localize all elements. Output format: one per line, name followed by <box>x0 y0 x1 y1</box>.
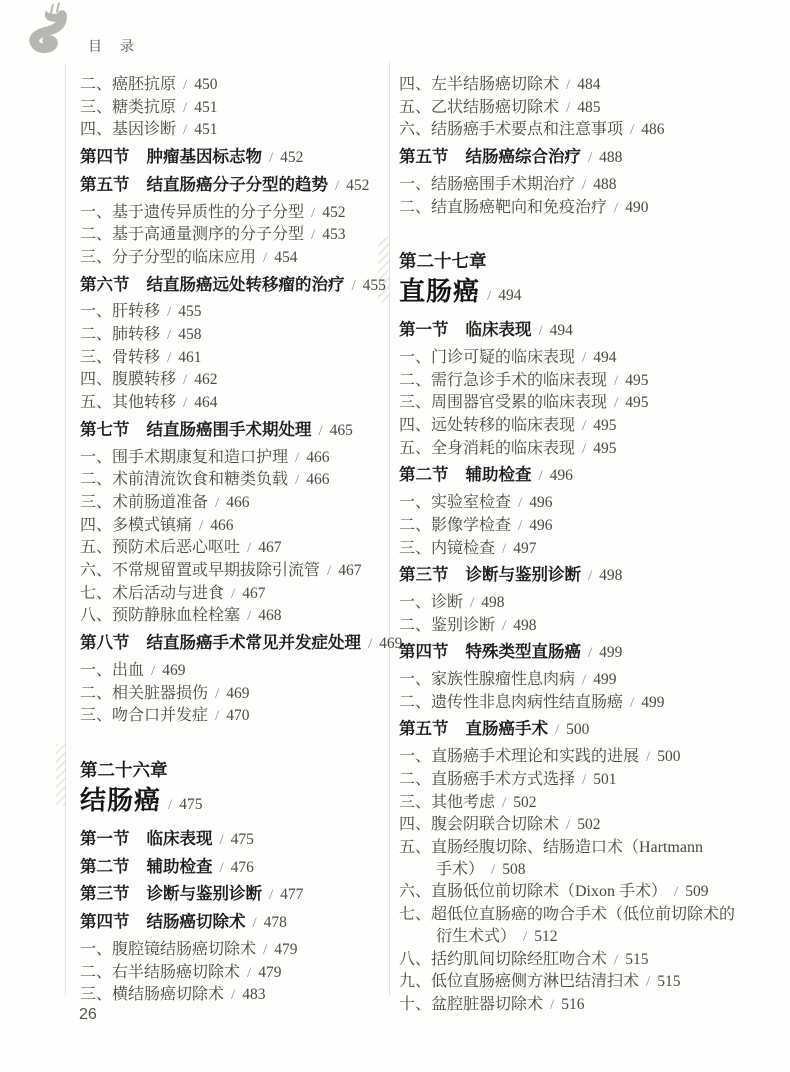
section-label: 第四节 <box>80 913 130 931</box>
toc-entry-page: 508 <box>502 861 525 878</box>
toc-entry-text: 六、不常规留置或早期拔除引流管 <box>80 562 320 579</box>
toc-entry-text: 三、周围器官受累的临床表现 <box>399 394 607 411</box>
toc-item-line: 七、超低位直肠癌的吻合手术（低位前切除术的 <box>399 904 775 926</box>
separator-slash: / <box>539 468 543 484</box>
toc-item: 二、癌胚抗原/450 <box>80 74 386 97</box>
toc-entry-page: 452 <box>322 204 345 221</box>
toc-entry-page: 461 <box>178 349 201 366</box>
separator-slash: / <box>215 708 219 724</box>
toc-item-line: 三、内镜检查/497 <box>399 538 775 561</box>
toc-entry-page: 488 <box>593 176 616 193</box>
section-label: 第一节 <box>399 321 449 339</box>
section-title: 直肠癌手术 <box>466 720 549 738</box>
toc-entry-text: 二、术前清流饮食和糖类负载 <box>80 471 288 488</box>
toc-item-line: 一、出血/469 <box>80 660 386 683</box>
toc-chapter-heading: 第二十六章 结肠癌/475 <box>80 758 386 823</box>
toc-item: 一、实验室检查/496 <box>399 492 775 515</box>
toc-entry-page: 466 <box>306 471 329 488</box>
toc-entry-text: 二、直肠癌手术方式选择 <box>399 771 575 788</box>
toc-entry-text: 四、基因诊断 <box>80 121 176 138</box>
toc-entry-text: 一、门诊可疑的临床表现 <box>399 349 575 366</box>
section-label: 第三节 <box>399 566 449 584</box>
toc-item: 三、内镜检查/497 <box>399 538 775 561</box>
toc-item: 二、遗传性非息肉病性结直肠癌/499 <box>399 692 775 715</box>
toc-item: 二、肺转移/458 <box>80 324 386 347</box>
toc-entry-page: 497 <box>513 540 536 557</box>
toc-item-line: 四、腹膜转移/462 <box>80 369 386 392</box>
toc-item-line: 二、术前清流饮食和糖类负载/466 <box>80 469 386 492</box>
toc-item: 三、骨转移/461 <box>80 347 386 370</box>
toc-item-line: 一、腹腔镜结肠癌切除术/479 <box>80 939 386 962</box>
toc-item: 三、横结肠癌切除术/483 <box>80 984 386 1007</box>
section-label: 第六节 <box>80 276 130 294</box>
toc-item: 七、术后活动与进食/467 <box>80 583 386 606</box>
toc-item-line: 四、远处转移的临床表现/495 <box>399 415 775 438</box>
chapter-title-line: 直肠癌/494 <box>399 274 775 314</box>
toc-item: 四、多模式镇痛/466 <box>80 515 386 538</box>
toc-entry-page: 455 <box>178 303 201 320</box>
toc-entry-text: 五、全身消耗的临床表现 <box>399 440 575 457</box>
toc-entry-text: 二、肺转移 <box>80 326 160 343</box>
separator-slash: / <box>215 495 219 511</box>
toc-entry-text: 二、相关脏器损伤 <box>80 685 208 702</box>
toc-entry-page: 452 <box>280 149 303 166</box>
toc-entry-text: 一、结肠癌围手术期治疗 <box>399 176 575 193</box>
toc-item: 三、周围器官受累的临床表现/495 <box>399 392 775 415</box>
toc-item: 八、括约肌间切除经肛吻合术/515 <box>399 949 775 972</box>
separator-slash: / <box>555 722 559 738</box>
separator-slash: / <box>247 540 251 556</box>
toc-entry-page: 466 <box>306 449 329 466</box>
toc-entry-text: 一、诊断 <box>399 594 463 611</box>
separator-slash: / <box>311 205 315 221</box>
toc-entry-page: 464 <box>194 394 217 411</box>
toc-item: 五、其他转移/464 <box>80 392 386 415</box>
separator-slash: / <box>582 350 586 366</box>
separator-slash: / <box>582 177 586 193</box>
toc-item: 一、门诊可疑的临床表现/494 <box>399 347 775 370</box>
section-label: 第四节 <box>80 148 130 166</box>
separator-slash: / <box>502 541 506 557</box>
separator-slash: / <box>368 636 372 652</box>
toc-item-line: 二、结直肠癌靶向和免疫治疗/490 <box>399 197 775 220</box>
toc-item: 三、吻合口并发症/470 <box>80 705 386 728</box>
toc-item: 四、左半结肠癌切除术/484 <box>399 74 775 97</box>
toc-entry-page: 500 <box>657 748 680 765</box>
toc-entry-text: 六、直肠低位前切除术（Dixon 手术） <box>399 883 667 900</box>
separator-slash: / <box>168 797 172 813</box>
section-title: 临床表现 <box>147 830 213 848</box>
toc-entry-page: 465 <box>330 422 353 439</box>
toc-entry-text: 二、鉴别诊断 <box>399 617 495 634</box>
toc-item-continuation-line: 手术）/508 <box>399 859 775 882</box>
toc-entry-page: 499 <box>593 671 616 688</box>
toc-item-line: 三、横结肠癌切除术/483 <box>80 984 386 1007</box>
toc-entry-text: 二、影像学检查 <box>399 517 511 534</box>
toc-entry-page: 496 <box>529 494 552 511</box>
toc-entry-text: 二、结直肠癌靶向和免疫治疗 <box>399 199 607 216</box>
separator-slash: / <box>614 373 618 389</box>
separator-slash: / <box>518 518 522 534</box>
toc-entry-page: 495 <box>593 440 616 457</box>
toc-entry-text: 九、低位直肠癌侧方淋巴结清扫术 <box>399 973 639 990</box>
toc-entry-text: 三、其他考虑 <box>399 794 495 811</box>
section-title: 临床表现 <box>466 321 532 339</box>
toc-section-heading: 第四节肿瘤基因标志物/452 <box>80 147 386 170</box>
toc-entry-page: 516 <box>561 996 584 1013</box>
toc-entry-text: 二、需行急诊手术的临床表现 <box>399 372 607 389</box>
toc-item-line: 六、结肠癌手术要点和注意事项/486 <box>399 119 775 142</box>
section-label: 第七节 <box>80 421 130 439</box>
toc-section-heading: 第二节辅助检查/496 <box>399 465 775 488</box>
separator-slash: / <box>487 288 491 304</box>
toc-item: 二、直肠癌手术方式选择/501 <box>399 769 775 792</box>
toc-entry-text: 一、直肠癌手术理论和实践的进展 <box>399 748 639 765</box>
toc-item-line: 五、其他转移/464 <box>80 392 386 415</box>
toc-column-right: 四、左半结肠癌切除术/484 五、乙状结肠癌切除术/485 六、结肠癌手术要点和… <box>399 74 775 1017</box>
separator-slash: / <box>674 884 678 900</box>
toc-entry-text: 八、括约肌间切除经肛吻合术 <box>399 951 607 968</box>
toc-item-line: 三、其他考虑/502 <box>399 792 775 815</box>
toc-item-line: 二、直肠癌手术方式选择/501 <box>399 769 775 792</box>
toc-item-line: 二、影像学检查/496 <box>399 515 775 538</box>
toc-entry-page: 453 <box>322 226 345 243</box>
section-title: 肿瘤基因标志物 <box>147 148 263 166</box>
toc-item-line: 一、围手术期康复和造口护理/466 <box>80 447 386 470</box>
toc-entry-page: 496 <box>529 517 552 534</box>
toc-item: 二、术前清流饮食和糖类负载/466 <box>80 469 386 492</box>
toc-item-line: 二、需行急诊手术的临床表现/495 <box>399 370 775 393</box>
separator-slash: / <box>582 418 586 434</box>
toc-entry-text: 六、结肠癌手术要点和注意事项 <box>399 121 623 138</box>
toc-entry-text: 三、内镜检查 <box>399 540 495 557</box>
toc-item: 二、基于高通量测序的分子分型/453 <box>80 224 386 247</box>
toc-entry-page: 466 <box>210 517 233 534</box>
toc-item: 十、盆腔脏器切除术/516 <box>399 994 775 1017</box>
page-fold-line-left <box>65 64 66 995</box>
toc-item: 四、腹会阴联合切除术/502 <box>399 814 775 837</box>
toc-item-line: 五、全身消耗的临床表现/495 <box>399 438 775 461</box>
toc-entry-page: 509 <box>685 883 708 900</box>
toc-entry-page: 500 <box>566 721 589 738</box>
separator-slash: / <box>311 227 315 243</box>
separator-slash: / <box>588 568 592 584</box>
book-toc-page: 目 录 二、癌胚抗原/450 三、糖类抗原/451 四、基因诊断/451 第四节… <box>0 0 790 1072</box>
chapter-title: 结肠癌 <box>80 786 161 815</box>
separator-slash: / <box>183 100 187 116</box>
toc-section-heading: 第六节结直肠癌远处转移瘤的治疗/455 <box>80 275 386 298</box>
toc-item-line: 四、腹会阴联合切除术/502 <box>399 814 775 837</box>
separator-slash: / <box>614 952 618 968</box>
separator-slash: / <box>183 122 187 138</box>
section-title: 结肠癌综合治疗 <box>466 148 582 166</box>
toc-item: 一、基于遗传异质性的分子分型/452 <box>80 202 386 225</box>
separator-slash: / <box>263 942 267 958</box>
toc-item-line: 九、低位直肠癌侧方淋巴结清扫术/515 <box>399 971 775 994</box>
toc-entry-page: 479 <box>274 941 297 958</box>
toc-item: 六、结肠癌手术要点和注意事项/486 <box>399 119 775 142</box>
toc-entry-page: 486 <box>641 121 664 138</box>
separator-slash: / <box>539 323 543 339</box>
section-label: 第一节 <box>80 830 130 848</box>
toc-item-line: 八、预防静脉血栓栓塞/468 <box>80 605 386 628</box>
separator-slash: / <box>523 929 527 945</box>
toc-entry-page: 454 <box>274 249 297 266</box>
toc-entry-page: 502 <box>513 794 536 811</box>
toc-entry-text: 八、预防静脉血栓栓塞 <box>80 607 240 624</box>
toc-item: 一、肝转移/455 <box>80 301 386 324</box>
toc-entry-text-continued: 衍生术式） <box>436 928 516 945</box>
toc-entry-text: 四、腹会阴联合切除术 <box>399 816 559 833</box>
chapter-title-line: 结肠癌/475 <box>80 783 386 823</box>
toc-item-line: 一、实验室检查/496 <box>399 492 775 515</box>
toc-entry-text: 一、肝转移 <box>80 303 160 320</box>
toc-section-heading: 第三节诊断与鉴别诊断/498 <box>399 565 775 588</box>
toc-item: 六、直肠低位前切除术（Dixon 手术）/509 <box>399 881 775 904</box>
separator-slash: / <box>247 965 251 981</box>
toc-section-heading: 第五节结肠癌综合治疗/488 <box>399 147 775 170</box>
toc-item: 二、鉴别诊断/498 <box>399 615 775 638</box>
toc-item: 三、分子分型的临床应用/454 <box>80 247 386 270</box>
toc-item-line: 三、糖类抗原/451 <box>80 97 386 120</box>
toc-entry-text: 七、术后活动与进食 <box>80 585 224 602</box>
section-title: 特殊类型直肠癌 <box>466 643 582 661</box>
separator-slash: / <box>183 395 187 411</box>
toc-entry-page: 512 <box>534 928 557 945</box>
toc-entry-page: 462 <box>194 371 217 388</box>
toc-entry-page: 488 <box>599 149 622 166</box>
toc-entry-text: 四、多模式镇痛 <box>80 517 192 534</box>
separator-slash: / <box>646 974 650 990</box>
separator-slash: / <box>491 862 495 878</box>
separator-slash: / <box>167 350 171 366</box>
toc-entry-text: 一、围手术期康复和造口护理 <box>80 449 288 466</box>
toc-item-line: 二、基于高通量测序的分子分型/453 <box>80 224 386 247</box>
toc-entry-text: 三、术前肠道准备 <box>80 494 208 511</box>
toc-entry-text: 三、糖类抗原 <box>80 99 176 116</box>
toc-item-line: 二、右半结肠癌切除术/479 <box>80 962 386 985</box>
toc-item-line: 一、家族性腺瘤性息肉病/499 <box>399 669 775 692</box>
toc-entry-page: 467 <box>258 539 281 556</box>
toc-item: 八、预防静脉血栓栓塞/468 <box>80 605 386 628</box>
toc-item: 三、术前肠道准备/466 <box>80 492 386 515</box>
separator-slash: / <box>335 178 339 194</box>
toc-item-continuation-line: 衍生术式）/512 <box>399 926 775 949</box>
toc-entry-page: 451 <box>194 121 217 138</box>
section-title: 辅助检查 <box>466 466 532 484</box>
toc-item-line: 六、不常规留置或早期拔除引流管/467 <box>80 560 386 583</box>
toc-entry-page: 477 <box>280 886 303 903</box>
toc-column-left: 二、癌胚抗原/450 三、糖类抗原/451 四、基因诊断/451 第四节肿瘤基因… <box>80 74 386 1007</box>
toc-item-line: 三、术前肠道准备/466 <box>80 492 386 515</box>
toc-item: 一、结肠癌围手术期治疗/488 <box>399 174 775 197</box>
toc-section-heading: 第三节诊断与鉴别诊断/477 <box>80 884 386 907</box>
toc-entry-page: 485 <box>577 99 600 116</box>
section-label: 第八节 <box>80 634 130 652</box>
separator-slash: / <box>614 395 618 411</box>
section-label: 第五节 <box>399 720 449 738</box>
toc-entry-text: 七、超低位直肠癌的吻合手术（低位前切除术的 <box>399 906 735 923</box>
section-label: 第二节 <box>80 858 130 876</box>
toc-entry-page: 483 <box>242 986 265 1003</box>
separator-slash: / <box>183 372 187 388</box>
toc-item: 四、远处转移的临床表现/495 <box>399 415 775 438</box>
toc-entry-page: 467 <box>338 562 361 579</box>
separator-slash: / <box>269 887 273 903</box>
toc-item-line: 二、遗传性非息肉病性结直肠癌/499 <box>399 692 775 715</box>
separator-slash: / <box>199 518 203 534</box>
toc-entry-text: 三、骨转移 <box>80 349 160 366</box>
separator-slash: / <box>630 122 634 138</box>
toc-entry-text: 五、直肠经腹切除、结肠造口术（Hartmann <box>399 839 703 856</box>
toc-entry-page: 499 <box>599 644 622 661</box>
separator-slash: / <box>247 608 251 624</box>
section-title: 辅助检查 <box>147 858 213 876</box>
separator-slash: / <box>253 915 257 931</box>
separator-slash: / <box>502 618 506 634</box>
toc-item-line: 五、预防术后恶心呕吐/467 <box>80 537 386 560</box>
scan-hatch-left <box>56 744 66 806</box>
toc-entry-page: 494 <box>593 349 616 366</box>
chapter-number: 第二十七章 <box>399 249 775 274</box>
toc-section-heading: 第七节结直肠癌围手术期处理/465 <box>80 420 386 443</box>
toc-item-line: 五、乙状结肠癌切除术/485 <box>399 97 775 120</box>
separator-slash: / <box>220 832 224 848</box>
separator-slash: / <box>151 663 155 679</box>
toc-item-line: 六、直肠低位前切除术（Dixon 手术）/509 <box>399 881 775 904</box>
toc-entry-page: 515 <box>657 973 680 990</box>
toc-item: 二、右半结肠癌切除术/479 <box>80 962 386 985</box>
toc-entry-text: 五、预防术后恶心呕吐 <box>80 539 240 556</box>
toc-section-heading: 第八节结直肠癌手术常见并发症处理/469 <box>80 633 386 656</box>
toc-entry-page: 475 <box>179 796 202 813</box>
toc-item: 三、糖类抗原/451 <box>80 97 386 120</box>
toc-entry-page: 498 <box>513 617 536 634</box>
separator-slash: / <box>327 563 331 579</box>
toc-entry-page: 496 <box>550 467 573 484</box>
toc-entry-text: 一、基于遗传异质性的分子分型 <box>80 204 304 221</box>
toc-entry-page: 475 <box>231 831 254 848</box>
toc-item: 九、低位直肠癌侧方淋巴结清扫术/515 <box>399 971 775 994</box>
section-label: 第五节 <box>399 148 449 166</box>
toc-entry-page: 467 <box>242 585 265 602</box>
toc-entry-text: 四、左半结肠癌切除术 <box>399 76 559 93</box>
separator-slash: / <box>470 595 474 611</box>
section-label: 第五节 <box>80 176 130 194</box>
toc-entry-page: 495 <box>625 394 648 411</box>
section-title: 结直肠癌围手术期处理 <box>147 421 312 439</box>
separator-slash: / <box>630 695 634 711</box>
toc-section-heading: 第二节辅助检查/476 <box>80 857 386 880</box>
toc-entry-text: 四、腹膜转移 <box>80 371 176 388</box>
toc-item-line: 一、基于遗传异质性的分子分型/452 <box>80 202 386 225</box>
toc-entry-page: 476 <box>231 859 254 876</box>
separator-slash: / <box>588 645 592 661</box>
toc-entry-page: 502 <box>577 816 600 833</box>
section-title: 结直肠癌手术常见并发症处理 <box>147 634 362 652</box>
toc-entry-page: 495 <box>593 417 616 434</box>
toc-entry-text: 一、家族性腺瘤性息肉病 <box>399 671 575 688</box>
toc-item: 五、全身消耗的临床表现/495 <box>399 438 775 461</box>
toc-entry-text-continued: 手术） <box>436 861 484 878</box>
toc-item-line: 三、分子分型的临床应用/454 <box>80 247 386 270</box>
toc-item-line: 一、结肠癌围手术期治疗/488 <box>399 174 775 197</box>
toc-item: 一、家族性腺瘤性息肉病/499 <box>399 669 775 692</box>
separator-slash: / <box>582 672 586 688</box>
chapter-title: 直肠癌 <box>399 277 480 306</box>
toc-item-line: 四、基因诊断/451 <box>80 119 386 142</box>
toc-entry-page: 498 <box>481 594 504 611</box>
separator-slash: / <box>263 250 267 266</box>
section-label: 第三节 <box>80 885 130 903</box>
toc-item-line: 一、门诊可疑的临床表现/494 <box>399 347 775 370</box>
toc-item-line: 二、肺转移/458 <box>80 324 386 347</box>
toc-chapter-heading: 第二十七章 直肠癌/494 <box>399 249 775 314</box>
separator-slash: / <box>220 860 224 876</box>
toc-item: 四、腹膜转移/462 <box>80 369 386 392</box>
separator-slash: / <box>295 450 299 466</box>
toc-item-line: 八、括约肌间切除经肛吻合术/515 <box>399 949 775 972</box>
separator-slash: / <box>352 278 356 294</box>
toc-section-heading: 第四节特殊类型直肠癌/499 <box>399 642 775 665</box>
separator-slash: / <box>295 472 299 488</box>
toc-item: 五、预防术后恶心呕吐/467 <box>80 537 386 560</box>
section-label: 第二节 <box>399 466 449 484</box>
toc-entry-text: 一、实验室检查 <box>399 494 511 511</box>
toc-entry-page: 450 <box>194 76 217 93</box>
section-title: 诊断与鉴别诊断 <box>147 885 263 903</box>
toc-item: 二、需行急诊手术的临床表现/495 <box>399 370 775 393</box>
toc-item: 一、诊断/498 <box>399 592 775 615</box>
toc-entry-text: 三、横结肠癌切除术 <box>80 986 224 1003</box>
toc-item: 二、影像学检查/496 <box>399 515 775 538</box>
separator-slash: / <box>566 100 570 116</box>
separator-slash: / <box>319 423 323 439</box>
section-title: 结直肠癌分子分型的趋势 <box>147 176 329 194</box>
toc-entry-page: 501 <box>593 771 616 788</box>
toc-item-line: 三、骨转移/461 <box>80 347 386 370</box>
separator-slash: / <box>566 817 570 833</box>
toc-entry-page: 490 <box>625 199 648 216</box>
toc-entry-page: 494 <box>550 322 573 339</box>
separator-slash: / <box>646 749 650 765</box>
section-title: 结直肠癌远处转移瘤的治疗 <box>147 276 345 294</box>
toc-section-heading: 第一节临床表现/494 <box>399 320 775 343</box>
toc-section-heading: 第四节结肠癌切除术/478 <box>80 912 386 935</box>
toc-header-title: 目 录 <box>88 36 136 56</box>
toc-entry-text: 二、右半结肠癌切除术 <box>80 964 240 981</box>
toc-entry-page: 494 <box>498 287 521 304</box>
toc-entry-page: 466 <box>226 494 249 511</box>
toc-item: 二、结直肠癌靶向和免疫治疗/490 <box>399 197 775 220</box>
separator-slash: / <box>582 441 586 457</box>
toc-entry-text: 一、出血 <box>80 662 144 679</box>
separator-slash: / <box>215 686 219 702</box>
toc-item-line: 二、相关脏器损伤/469 <box>80 683 386 706</box>
toc-item: 一、围手术期康复和造口护理/466 <box>80 447 386 470</box>
toc-entry-page: 468 <box>258 607 281 624</box>
separator-slash: / <box>167 304 171 320</box>
toc-entry-text: 十、盆腔脏器切除术 <box>399 996 543 1013</box>
toc-item-line: 一、诊断/498 <box>399 592 775 615</box>
separator-slash: / <box>582 772 586 788</box>
toc-item-line: 十、盆腔脏器切除术/516 <box>399 994 775 1017</box>
separator-slash: / <box>566 77 570 93</box>
separator-slash: / <box>167 327 171 343</box>
toc-item: 一、腹腔镜结肠癌切除术/479 <box>80 939 386 962</box>
separator-slash: / <box>614 200 618 216</box>
toc-entry-page: 478 <box>264 914 287 931</box>
